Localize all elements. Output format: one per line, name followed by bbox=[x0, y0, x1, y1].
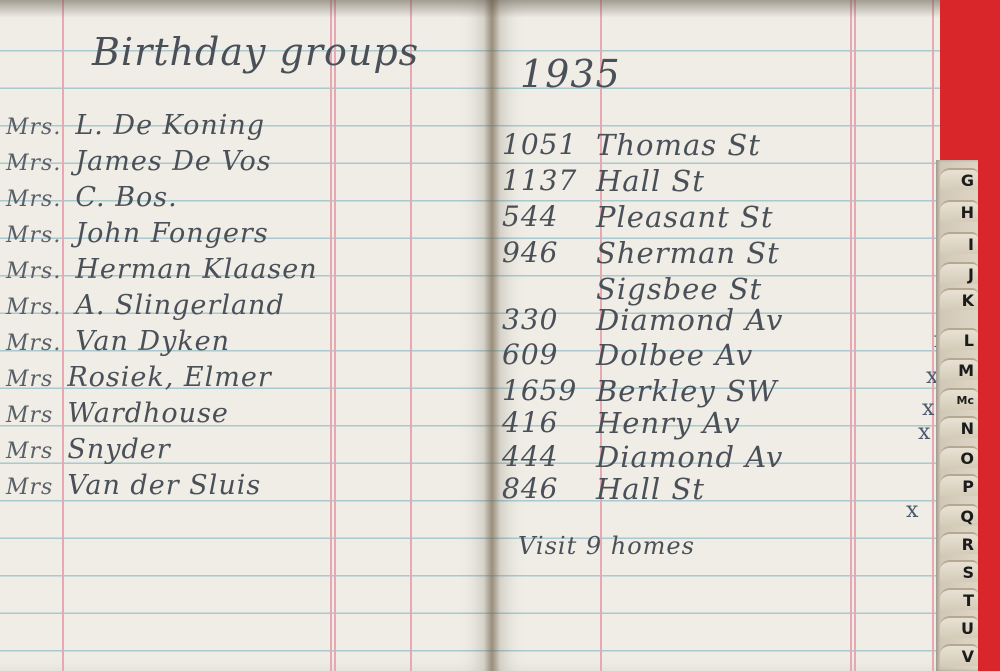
house-number: 544 bbox=[502, 200, 582, 233]
honorific: Mrs. bbox=[6, 115, 61, 140]
name: James De Vos bbox=[75, 146, 271, 177]
honorific: Mrs. bbox=[6, 187, 61, 212]
street-name: Pleasant St bbox=[596, 200, 773, 234]
house-number: 1659 bbox=[502, 374, 582, 407]
index-tab-l[interactable]: L bbox=[940, 328, 978, 350]
street-name: Sherman St bbox=[596, 236, 780, 270]
margin-line bbox=[410, 0, 412, 671]
index-tab-k[interactable]: K bbox=[940, 288, 978, 310]
name: Van der Sluis bbox=[67, 470, 261, 501]
street-name: Henry Av bbox=[596, 406, 741, 440]
year-heading: 1935 bbox=[520, 52, 621, 96]
index-tab-t[interactable]: T bbox=[940, 588, 978, 610]
list-item: Mrs.L. De Koning bbox=[6, 110, 265, 141]
list-item: MrsRosiek, Elmer bbox=[6, 362, 272, 393]
honorific: Mrs bbox=[6, 367, 53, 392]
honorific: Mrs. bbox=[6, 331, 61, 356]
notebook: Birthday groups Mrs.L. De Koning Mrs.Jam… bbox=[0, 0, 1000, 671]
house-number: 416 bbox=[502, 406, 582, 439]
list-item: Mrs.Van Dyken bbox=[6, 326, 230, 357]
honorific: Mrs. bbox=[6, 223, 61, 248]
visit-note: Visit 9 homes bbox=[518, 532, 695, 560]
book-gutter bbox=[484, 0, 500, 671]
index-tab-s[interactable]: S bbox=[940, 560, 978, 582]
name: John Fongers bbox=[75, 218, 268, 249]
index-tab-p[interactable]: P bbox=[940, 474, 978, 496]
list-item: Mrs.John Fongers bbox=[6, 218, 269, 249]
name: L. De Koning bbox=[75, 110, 265, 141]
house-number: 946 bbox=[502, 236, 582, 269]
house-number: 1051 bbox=[502, 128, 582, 161]
name: Herman Klaasen bbox=[75, 254, 317, 285]
name: A. Slingerland bbox=[75, 290, 284, 321]
index-tab-mc[interactable]: Mc bbox=[940, 388, 978, 410]
honorific: Mrs. bbox=[6, 259, 61, 284]
index-tab-u[interactable]: U bbox=[940, 616, 978, 638]
house-number: 330 bbox=[502, 303, 582, 336]
honorific: Mrs. bbox=[6, 295, 61, 320]
index-tab-h[interactable]: H bbox=[940, 200, 978, 222]
house-number: 1137 bbox=[502, 164, 582, 197]
index-tab-m[interactable]: M bbox=[940, 358, 978, 380]
list-item: MrsWardhouse bbox=[6, 398, 229, 429]
list-item: Mrs.Herman Klaasen bbox=[6, 254, 318, 285]
street-name: Diamond Av bbox=[596, 440, 783, 474]
name: Rosiek, Elmer bbox=[67, 362, 271, 393]
house-number: 846 bbox=[502, 472, 582, 505]
honorific: Mrs bbox=[6, 475, 53, 500]
name: Van Dyken bbox=[75, 326, 230, 357]
margin-line bbox=[850, 0, 852, 671]
street-name: Hall St bbox=[596, 164, 705, 198]
index-tab-i[interactable]: I bbox=[940, 232, 978, 254]
check-mark-icon: x bbox=[906, 498, 919, 523]
alphabet-index: G H I J K L M Mc N O P Q R S T U V bbox=[936, 160, 978, 671]
index-tab-q[interactable]: Q bbox=[940, 504, 978, 526]
street-name: Sigsbee St bbox=[596, 272, 762, 306]
street-name: Hall St bbox=[596, 472, 705, 506]
street-name: Dolbee Av bbox=[596, 338, 753, 372]
name: Snyder bbox=[67, 434, 170, 465]
index-tab-r[interactable]: R bbox=[940, 532, 978, 554]
index-tab-o[interactable]: O bbox=[940, 446, 978, 468]
list-item: Mrs.James De Vos bbox=[6, 146, 272, 177]
house-number: 444 bbox=[502, 440, 582, 473]
check-mark-icon: x bbox=[918, 420, 931, 445]
margin-line bbox=[854, 0, 856, 671]
house-number: 609 bbox=[502, 338, 582, 371]
index-tab-j[interactable]: J bbox=[940, 262, 978, 284]
street-name: Berkley SW bbox=[596, 374, 778, 408]
index-tab-g[interactable]: G bbox=[940, 168, 978, 190]
margin-line bbox=[330, 0, 332, 671]
list-item: MrsSnyder bbox=[6, 434, 171, 465]
street-name: Diamond Av bbox=[596, 303, 783, 337]
list-item: Mrs.A. Slingerland bbox=[6, 290, 285, 321]
index-tab-n[interactable]: N bbox=[940, 416, 978, 438]
name: Wardhouse bbox=[67, 398, 229, 429]
page-title: Birthday groups bbox=[92, 30, 419, 74]
list-item: MrsVan der Sluis bbox=[6, 470, 261, 501]
index-tab-v[interactable]: V bbox=[940, 644, 978, 666]
honorific: Mrs. bbox=[6, 151, 61, 176]
list-item: Mrs.C. Bos. bbox=[6, 182, 178, 213]
honorific: Mrs bbox=[6, 403, 53, 428]
check-mark-icon: x bbox=[922, 396, 935, 421]
honorific: Mrs bbox=[6, 439, 53, 464]
street-name: Thomas St bbox=[596, 128, 761, 162]
page-shadow bbox=[0, 0, 940, 18]
name: C. Bos. bbox=[75, 182, 177, 213]
margin-line bbox=[334, 0, 336, 671]
